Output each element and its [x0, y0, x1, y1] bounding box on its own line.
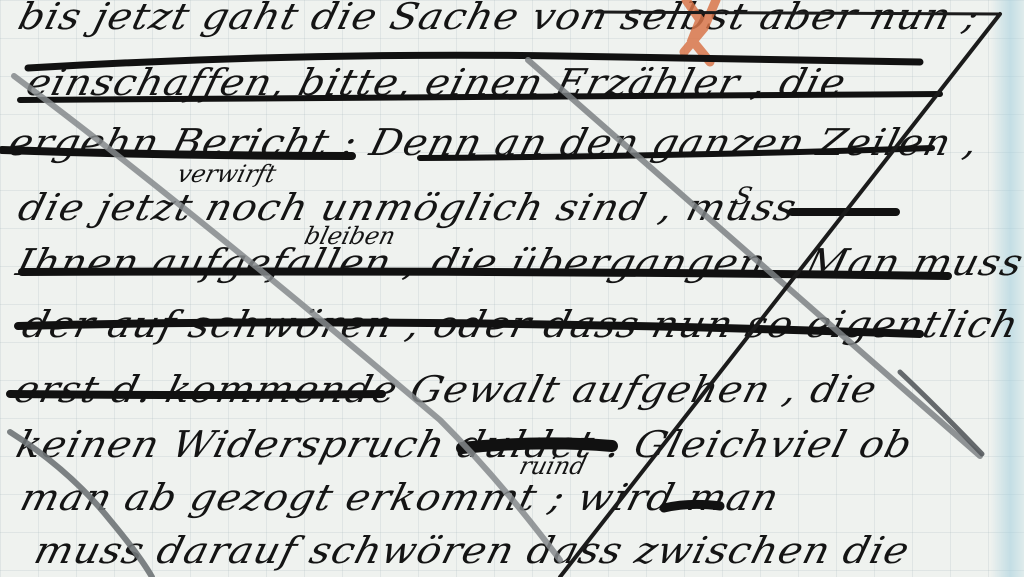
strikethrough-line-3b — [420, 148, 932, 158]
pencil-diagonal-left — [14, 76, 560, 560]
strikethrough-line-6 — [18, 322, 920, 334]
pencil-diagonal-crossout — [528, 60, 980, 456]
strikethrough-word-8 — [462, 443, 612, 448]
strikethrough-line-5 — [22, 272, 948, 277]
manuscript-page: bis jetzt gaht die Sache von selbst aber… — [0, 0, 1024, 577]
strikethrough-line-1 — [28, 55, 920, 68]
strikethrough-word-9 — [664, 504, 720, 508]
orange-pencil-mark — [684, 0, 716, 62]
strikethrough-line-2 — [20, 94, 940, 100]
ink-top-frame-stroke — [596, 12, 1000, 14]
strikethrough-line-3a — [2, 150, 352, 156]
pencil-stroke-right — [900, 372, 982, 454]
editorial-marks — [0, 0, 1024, 577]
strikethrough-line-7 — [10, 394, 382, 395]
pencil-diagonal-lower-left — [10, 432, 152, 577]
